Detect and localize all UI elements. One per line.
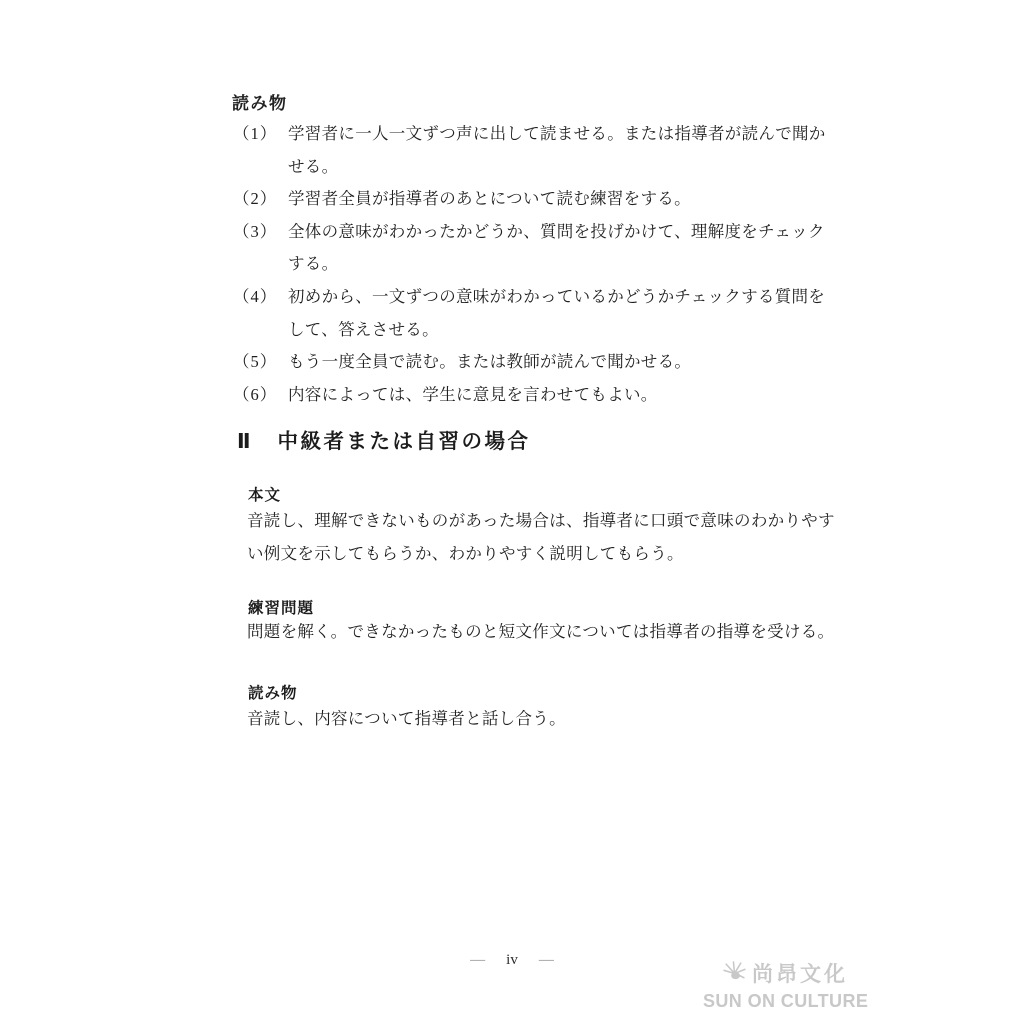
list-item: （6） 内容によっては、学生に意見を言わせてもよい。: [233, 379, 813, 412]
subsection-body-yomimono: 音読し、内容について指導者と話し合う。: [247, 703, 566, 736]
reading-section-heading: 読み物: [232, 89, 288, 114]
list-item-line: 内容によっては、学生に意見を言わせてもよい。: [288, 379, 813, 412]
publisher-name-chinese: 尚昂文化: [752, 964, 848, 985]
footer-dash-right: —: [539, 952, 554, 969]
list-item: （2） 学習者全員が指導者のあとについて読む練習をする。: [233, 183, 813, 216]
section-numeral: Ⅱ: [237, 429, 251, 454]
list-item-line: する。: [288, 248, 813, 281]
list-item-number: （5）: [233, 346, 277, 379]
subsection-body-honbun: 音読し、理解できないものがあった場合は、指導者に口頭で意味のわかりやす い例文を…: [247, 505, 835, 570]
list-item: （1） 学習者に一人一文ずつ声に出して読ませる。または指導者が読んで聞か せる。: [233, 118, 813, 183]
list-item-line: 学習者全員が指導者のあとについて読む練習をする。: [288, 183, 813, 216]
body-line: 音読し、理解できないものがあった場合は、指導者に口頭で意味のわかりやす: [247, 505, 835, 538]
list-item-number: （2）: [233, 183, 277, 216]
list-item-line: 学習者に一人一文ずつ声に出して読ませる。または指導者が読んで聞か: [288, 118, 813, 151]
list-item-line: もう一度全員で読む。または教師が読んで聞かせる。: [288, 346, 813, 379]
page-number: iv: [506, 952, 518, 969]
list-item-number: （3）: [233, 216, 277, 249]
list-item-line: して、答えさせる。: [288, 314, 813, 347]
subsection-heading-honbun: 本文: [248, 483, 281, 505]
body-line: 音読し、内容について指導者と話し合う。: [247, 703, 566, 736]
list-item: （5） もう一度全員で読む。または教師が読んで聞かせる。: [233, 346, 813, 379]
reading-steps-list: （1） 学習者に一人一文ずつ声に出して読ませる。または指導者が読んで聞か せる。…: [233, 118, 813, 411]
list-item: （4） 初めから、一文ずつの意味がわかっているかどうかチェックする質問を して、…: [233, 281, 813, 346]
list-item-line: 初めから、一文ずつの意味がわかっているかどうかチェックする質問を: [288, 281, 813, 314]
list-item-line: せる。: [288, 151, 813, 184]
document-page: 読み物 （1） 学習者に一人一文ずつ声に出して読ませる。または指導者が読んで聞か…: [0, 0, 1024, 1024]
sun-icon: [722, 960, 747, 989]
subsection-heading-renshu: 練習問題: [248, 596, 314, 618]
body-line: 問題を解く。できなかったものと短文作文については指導者の指導を受ける。: [247, 616, 834, 649]
publisher-logo: 尚昂文化 SUN ON CULTURE: [703, 960, 903, 1010]
body-line: い例文を示してもらうか、わかりやすく説明してもらう。: [247, 538, 835, 571]
list-item-number: （4）: [233, 281, 277, 314]
section-ii-heading: Ⅱ 中級者または自習の場合: [237, 424, 531, 454]
list-item-number: （1）: [233, 118, 277, 151]
list-item-line: 全体の意味がわかったかどうか、質問を投げかけて、理解度をチェック: [288, 216, 813, 249]
list-item: （3） 全体の意味がわかったかどうか、質問を投げかけて、理解度をチェック する。: [233, 216, 813, 281]
subsection-body-renshu: 問題を解く。できなかったものと短文作文については指導者の指導を受ける。: [247, 616, 834, 649]
section-title: 中級者または自習の場合: [278, 424, 531, 454]
subsection-heading-yomimono: 読み物: [248, 681, 298, 703]
list-item-number: （6）: [233, 379, 277, 412]
publisher-name-english: SUN ON CULTURE: [703, 992, 903, 1010]
footer-dash-left: —: [470, 952, 485, 969]
